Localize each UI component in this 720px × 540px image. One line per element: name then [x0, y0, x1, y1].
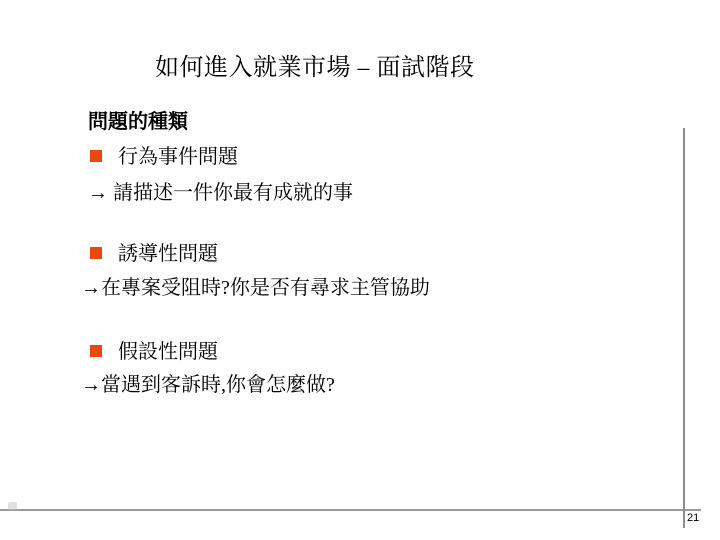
- bullet-item-followup: →當遇到客訴時,你會怎麼做?: [81, 374, 335, 396]
- square-bullet-icon: [90, 345, 102, 357]
- bullet-item-followup: →在專案受阻時?你是否有尋求主管協助: [81, 277, 430, 299]
- right-border-line: [683, 128, 685, 528]
- slide-title: 如何進入就業市場 – 面試階段: [155, 54, 475, 83]
- footer-logo-mark: [8, 502, 17, 510]
- bullet-item-label: 誘導性問題: [118, 243, 218, 265]
- presentation-slide: 如何進入就業市場 – 面試階段 問題的種類 行為事件問題 → 請描述一件你最有成…: [0, 0, 720, 540]
- square-bullet-icon: [90, 150, 102, 162]
- bullet-item-followup: → 請描述一件你最有成就的事: [88, 182, 353, 204]
- square-bullet-icon: [90, 247, 102, 259]
- bullet-item-label: 假設性問題: [118, 341, 218, 363]
- section-heading: 問題的種類: [88, 111, 188, 133]
- page-number: 21: [687, 512, 699, 524]
- bullet-item-label: 行為事件問題: [118, 146, 238, 168]
- footer-divider-line: [0, 509, 701, 511]
